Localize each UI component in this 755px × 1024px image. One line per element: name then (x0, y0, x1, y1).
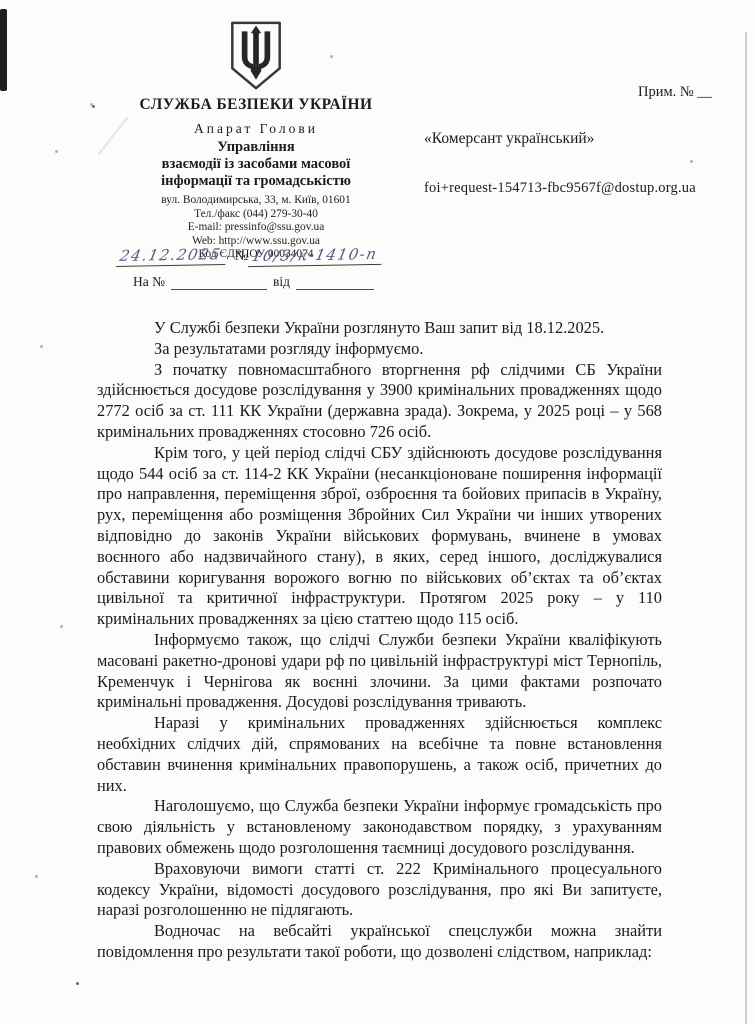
letterhead: СЛУЖБА БЕЗПЕКИ УКРАЇНИ Апарат Голови Упр… (100, 20, 412, 262)
scan-edge-artifact-left (0, 9, 7, 91)
trident-emblem-icon (225, 20, 287, 92)
address-line: вул. Володимирська, 33, м. Київ, 01601 (100, 194, 412, 208)
scan-speckle (76, 982, 79, 985)
paragraph-investigations: Наразі у кримінальних провадженнях здійс… (97, 713, 662, 796)
office-name: Апарат Голови (100, 121, 412, 137)
reply-number-blank (171, 276, 267, 290)
department-line: інформації та громадськістю (100, 173, 412, 190)
scan-speckle (55, 150, 58, 153)
paragraph-acknowledgement: У Службі безпеки України розглянуто Ваш … (97, 318, 662, 339)
email-line: E-mail: pressinfo@ssu.gov.ua (100, 221, 412, 235)
scan-speckle (60, 625, 63, 628)
scan-speckle (690, 160, 693, 163)
department-line: Управління (100, 139, 412, 156)
reply-na-label: На № (133, 274, 165, 289)
paragraph-war-crimes: Інформуємо також, що слідчі Служби безпе… (97, 630, 662, 713)
scan-edge-artifact-right (745, 32, 747, 1024)
number-sign-label: № (235, 249, 248, 264)
letter-body: У Службі безпеки України розглянуто Ваш … (97, 318, 662, 963)
copy-number-label: Прим. № __ (638, 84, 712, 101)
outgoing-ref-line: 24.12.2025№10/3/к-1410-п (118, 246, 383, 266)
incoming-ref-line: На №від (133, 274, 374, 290)
paragraph-intro: За результатами розгляду інформуємо. (97, 339, 662, 360)
phone-line: Тел./факс (044) 279-30-40 (100, 208, 412, 222)
paragraph-website-reference: Водночас на вебсайті української спецслу… (97, 921, 662, 963)
scanned-letter-page: СЛУЖБА БЕЗПЕКИ УКРАЇНИ Апарат Голови Упр… (0, 0, 755, 1024)
scan-speckle (40, 345, 43, 348)
scan-speckle (92, 105, 95, 108)
recipient-email: foi+request-154713-fbc9567f@dostup.org.u… (424, 180, 696, 197)
department-name: Управління взаємодії із засобами масової… (100, 139, 412, 190)
paragraph-art114-stats: Крім того, у цей період слідчі СБУ здійс… (97, 443, 662, 630)
org-name: СЛУЖБА БЕЗПЕКИ УКРАЇНИ (100, 96, 412, 114)
reply-vid-label: від (273, 274, 290, 289)
handwritten-ref-number: 10/3/к-1410-п (248, 245, 386, 267)
scan-speckle (35, 875, 38, 878)
recipient-name: «Комерсант український» (424, 130, 594, 148)
handwritten-date: 24.12.2025 (116, 245, 229, 267)
paragraph-art222-restriction: Враховуючи вимоги статті ст. 222 Криміна… (97, 859, 662, 921)
paragraph-treason-stats: З початку повномасштабного вторгнення рф… (97, 360, 662, 443)
paragraph-disclosure-policy: Наголошуємо, що Служба безпеки України і… (97, 796, 662, 858)
department-line: взаємодії із засобами масової (100, 156, 412, 173)
reply-date-blank (296, 276, 374, 290)
